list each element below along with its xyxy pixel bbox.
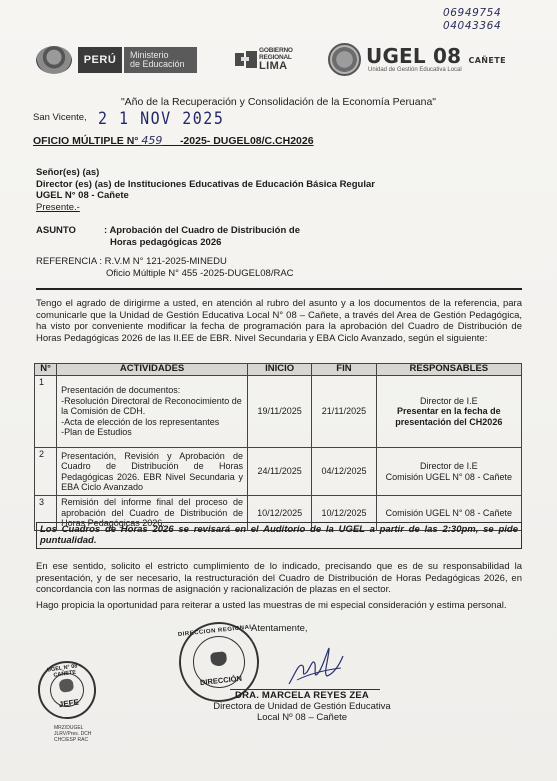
asunto-line-1: : Aprobación del Cuadro de Distribución … (104, 225, 300, 236)
oficio-number-line: OFICIO MÚLTIPLE N° 459 -2025- DUGEL08/C.… (33, 134, 314, 147)
paragraph-closing: Hago propicia la oportunidad para reiter… (36, 600, 522, 612)
row-inicio: 19/11/2025 (247, 376, 311, 448)
responsable-line: Director de I.E (381, 396, 517, 407)
ugel-subtitle: Unidad de Gestión Educativa Local (368, 67, 462, 73)
notice-box: Los Cuadros de Horas 2026 se revisará en… (36, 522, 522, 549)
table-row: 2 Presentación, Revisión y Aprobación de… (35, 448, 522, 496)
schedule-table: N° ACTIVIDADES INICIO FIN RESPONSABLES 1… (34, 363, 522, 531)
ugel-seal-icon (328, 43, 361, 76)
gore-line-3: LIMA (259, 61, 293, 72)
asunto-line-2: Horas pedagógicas 2026 (104, 237, 404, 249)
row-number: 1 (35, 376, 57, 448)
responsable-note: Presentar en la fecha de presentación de… (381, 406, 517, 427)
oficio-suffix: -2025- DUGEL08/C.CH2026 (180, 135, 314, 147)
ugel-title: UGEL 08 (366, 44, 461, 68)
signer-block: DRA. MARCELA REYES ZEA Directora de Unid… (170, 690, 434, 723)
minedu-line-2: de Educación (130, 60, 197, 69)
peru-logo: PERÚ (78, 47, 122, 73)
header-logos: PERÚ Ministerio de Educación GOBIERNO RE… (36, 43, 536, 77)
row-fin: 21/11/2025 (312, 376, 376, 448)
addressee-line-3: UGEL N° 08 - Cañete (36, 190, 375, 202)
addressee-line-2: Director (es) (as) de Instituciones Educ… (36, 179, 375, 191)
ugel-logo-title: UGEL 08 CAÑETE (366, 44, 506, 68)
minedu-logo: Ministerio de Educación (124, 47, 197, 73)
row-responsables: Director de I.E Presentar en la fecha de… (376, 376, 521, 448)
actividad-line: -Plan de Estudios (61, 427, 243, 438)
table-row: 1 Presentación de documentos: -Resolució… (35, 376, 522, 448)
closing-salutation: Atentamente, (251, 623, 308, 634)
paragraph-intro: Tengo el agrado de dirigirme a usted, en… (36, 298, 522, 344)
ugel-city: CAÑETE (468, 56, 506, 65)
header-n: N° (35, 364, 57, 376)
handwritten-number-2: 04043364 (443, 20, 501, 33)
paragraph-responsibility: En ese sentido, solicito el estricto cum… (36, 561, 522, 596)
document-page: 06949754 04043364 PERÚ Ministerio de Edu… (0, 0, 557, 781)
signer-name: DRA. MARCELA REYES ZEA (170, 690, 434, 701)
oficio-prefix: OFICIO MÚLTIPLE N° (33, 135, 139, 147)
header-fin: FIN (312, 364, 376, 376)
asunto-value: : Aprobación del Cuadro de Distribución … (104, 225, 404, 248)
header-actividades: ACTIVIDADES (57, 364, 248, 376)
signer-title-1: Directora de Unidad de Gestión Educativa (170, 701, 434, 712)
referencia-line-2: Oficio Múltiple N° 455 -2025-DUGEL08/RAC (36, 268, 294, 280)
table-header-row: N° ACTIVIDADES INICIO FIN RESPONSABLES (35, 364, 522, 376)
responsable-line: Director de I.E (381, 461, 517, 472)
place: San Vicente, (33, 112, 87, 123)
row-fin: 04/12/2025 (312, 448, 376, 496)
row-responsables: Director de I.E Comisión UGEL N° 08 - Ca… (376, 448, 521, 496)
initials-block: MRZ/DUGEL JLRV/Pres. DCH CHC/ESP RAC (54, 725, 91, 743)
initials-line: CHC/ESP RAC (54, 737, 91, 743)
actividad-line: -Resolución Directoral de Reconocimiento… (61, 396, 243, 417)
signature-icon (285, 644, 345, 689)
addressee-line-1: Señor(es) (as) (36, 167, 375, 179)
referencia-line-1: REFERENCIA : R.V.M N° 121-2025-MINEDU (36, 256, 227, 267)
row-actividad: Presentación, Revisión y Aprobación de C… (57, 448, 248, 496)
addressee-block: Señor(es) (as) Director (es) (as) de Ins… (36, 167, 375, 213)
oficio-handwritten-number: 459 (141, 134, 162, 147)
divider (36, 288, 522, 290)
header-responsables: RESPONSABLES (376, 364, 521, 376)
asunto-label: ASUNTO (36, 225, 76, 237)
actividad-line: -Acta de elección de los representantes (61, 417, 243, 428)
row-number: 2 (35, 448, 57, 496)
handwritten-numbers: 06949754 04043364 (443, 7, 501, 33)
gobierno-regional-logo: GOBIERNO REGIONAL LIMA (259, 48, 293, 72)
addressee-line-4: Presente.- (36, 202, 375, 214)
row-inicio: 24/11/2025 (247, 448, 311, 496)
year-motto: "Año de la Recuperación y Consolidación … (0, 96, 557, 108)
handwritten-number-1: 06949754 (443, 7, 501, 20)
actividad-line: Presentación de documentos: (61, 385, 243, 396)
gobierno-regional-icon (235, 51, 257, 68)
responsable-line: Comisión UGEL N° 08 - Cañete (381, 472, 517, 483)
peru-coat-of-arms-icon (36, 46, 72, 74)
row-actividad: Presentación de documentos: -Resolución … (57, 376, 248, 448)
signer-title-2: Local Nº 08 – Cañete (170, 712, 434, 723)
jefe-seal-icon: UGEL N° 08 - CAÑETE JEFE (34, 657, 100, 723)
header-inicio: INICIO (247, 364, 311, 376)
referencia-block: REFERENCIA : R.V.M N° 121-2025-MINEDU Of… (36, 256, 294, 279)
date-stamp: 2 1 NOV 2025 (98, 108, 224, 129)
